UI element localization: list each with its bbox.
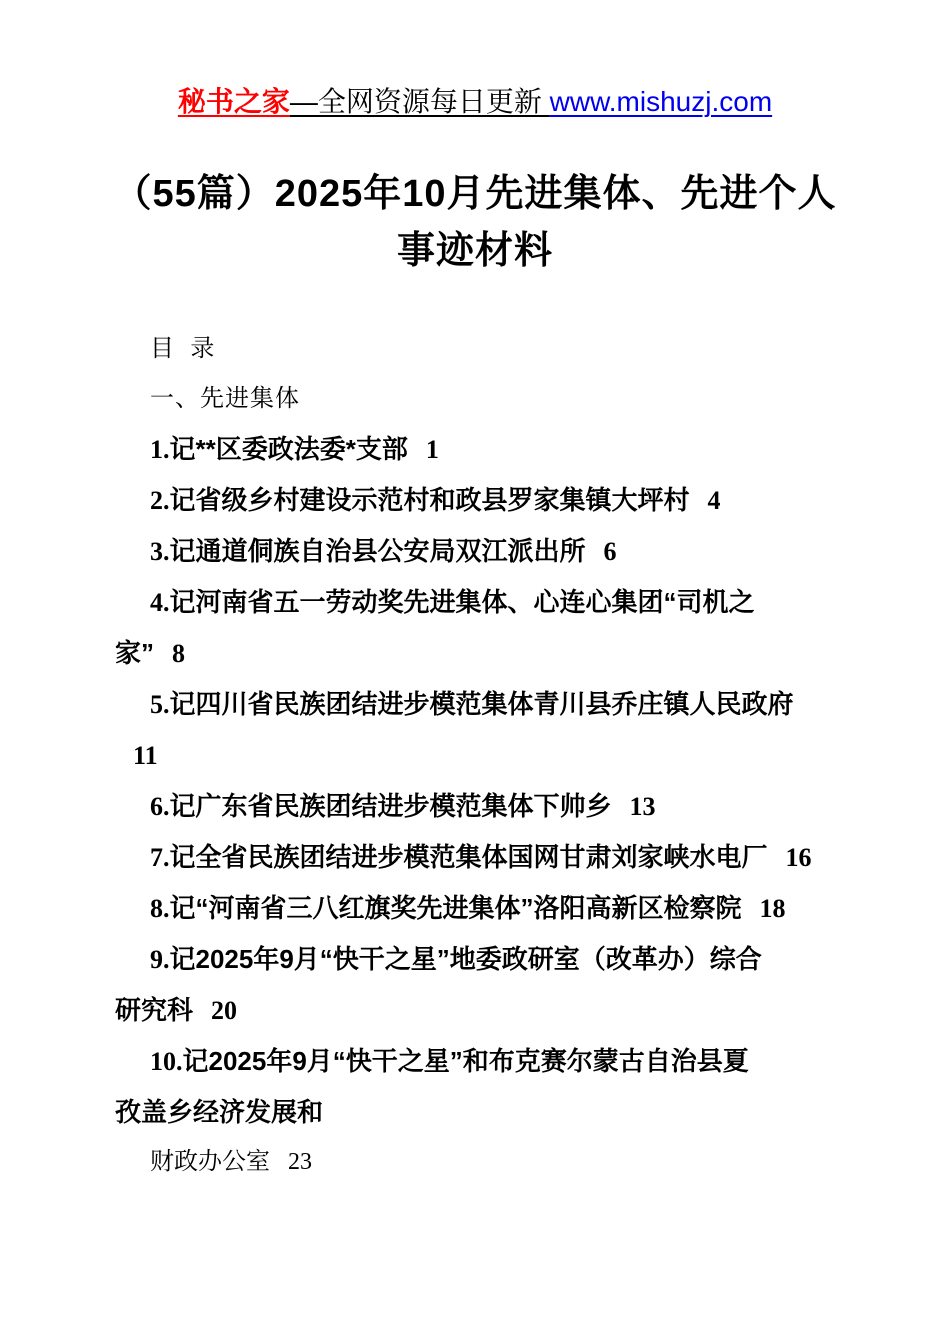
toc-entry-text: 记广东省民族团结进步模范集体下帅乡 [170,791,612,821]
toc-entry-number: 1. [150,435,170,464]
toc-entry-page: 16 [786,843,812,872]
toc-entry-text: 记**区委政法委*支部 [170,434,408,464]
toc-entry-page: 6 [604,537,617,566]
toc-entry-text: 研究科 [115,995,193,1025]
table-of-contents: 目 录 一、先进集体 1.记**区委政法委*支部1 2.记省级乡村建设示范村和政… [0,324,950,1187]
toc-entry-page: 20 [211,996,237,1025]
toc-entry-number: 9. [150,945,170,974]
toc-entry-page: 18 [760,894,786,923]
toc-entry: 8.记“河南省三八红旗奖先进集体”洛阳高新区检察院18 [115,883,840,934]
toc-entry-continuation: 家”8 [115,628,840,679]
toc-entry-text: 记2025年9月“快干之星”地委政研室（改革办）综合 [170,944,762,974]
toc-entry-page: 8 [172,639,185,668]
toc-entry: 9.记2025年9月“快干之星”地委政研室（改革办）综合 [115,934,840,985]
toc-entry-text: 记2025年9月“快干之星”和布克赛尔蒙古自治县夏 [183,1046,749,1076]
site-url-link[interactable]: www.mishuzj.com [550,86,772,117]
site-brand: 秘书之家 [178,86,290,117]
toc-entry-continuation: 研究科20 [115,985,840,1036]
toc-section-heading: 一、先进集体 [115,374,840,424]
toc-entry-number: 2. [150,486,170,515]
toc-entry: 10.记2025年9月“快干之星”和布克赛尔蒙古自治县夏 [115,1036,840,1087]
toc-entry-page: 4 [708,486,721,515]
toc-heading-text: 目 录 [150,335,215,362]
toc-entry: 6.记广东省民族团结进步模范集体下帅乡13 [115,781,840,832]
toc-entry: 5.记四川省民族团结进步模范集体青川县乔庄镇人民政府 [115,679,840,730]
toc-entry-text: 孜盖乡经济发展和 [115,1097,323,1127]
toc-entry: 3.记通道侗族自治县公安局双江派出所6 [115,526,840,577]
toc-entry: 7.记全省民族团结进步模范集体国网甘肃刘家峡水电厂16 [115,832,840,883]
toc-entry-number: 5. [150,690,170,719]
toc-entry-page: 1 [426,435,439,464]
toc-entry-number: 10. [150,1047,183,1076]
document-title: （55篇）2025年10月先进集体、先进个人 事迹材料 [0,166,950,280]
toc-entry-text: 财政办公室 [150,1148,270,1175]
document-page: 秘书之家—全网资源每日更新 www.mishuzj.com （55篇）2025年… [0,0,950,1344]
site-header: 秘书之家—全网资源每日更新 www.mishuzj.com [0,84,950,120]
toc-entry: 1.记**区委政法委*支部1 [115,424,840,475]
toc-entry-number: 7. [150,843,170,872]
toc-entry-page: 11 [133,741,158,770]
toc-entry-continuation: 孜盖乡经济发展和 [115,1087,840,1137]
toc-entry-page: 13 [630,792,656,821]
toc-heading: 目 录 [115,324,840,374]
document-title-line2: 事迹材料 [0,223,950,280]
document-title-line1: （55篇）2025年10月先进集体、先进个人 [0,166,950,223]
toc-entry-continuation: 财政办公室23 [115,1137,840,1187]
toc-entry: 4.记河南省五一劳动奖先进集体、心连心集团“司机之 [115,577,840,628]
toc-entry-text: 记四川省民族团结进步模范集体青川县乔庄镇人民政府 [170,689,794,719]
toc-entry-page: 23 [288,1149,312,1175]
toc-entry-number: 3. [150,537,170,566]
toc-entry-number: 4. [150,588,170,617]
toc-entry-text: 记河南省五一劳动奖先进集体、心连心集团“司机之 [170,587,755,617]
toc-entry-continuation: 11 [115,730,840,781]
toc-entry-text: 记省级乡村建设示范村和政县罗家集镇大坪村 [170,485,690,515]
toc-entry-text: 家” [115,638,154,668]
toc-entry-text: 记“河南省三八红旗奖先进集体”洛阳高新区检察院 [170,893,742,923]
toc-entry-text: 记通道侗族自治县公安局双江派出所 [170,536,586,566]
toc-entry-number: 6. [150,792,170,821]
toc-section-text: 一、先进集体 [150,385,300,412]
site-tagline: —全网资源每日更新 [290,86,550,117]
toc-entry: 2.记省级乡村建设示范村和政县罗家集镇大坪村4 [115,475,840,526]
toc-entry-text: 记全省民族团结进步模范集体国网甘肃刘家峡水电厂 [170,842,768,872]
toc-entry-number: 8. [150,894,170,923]
